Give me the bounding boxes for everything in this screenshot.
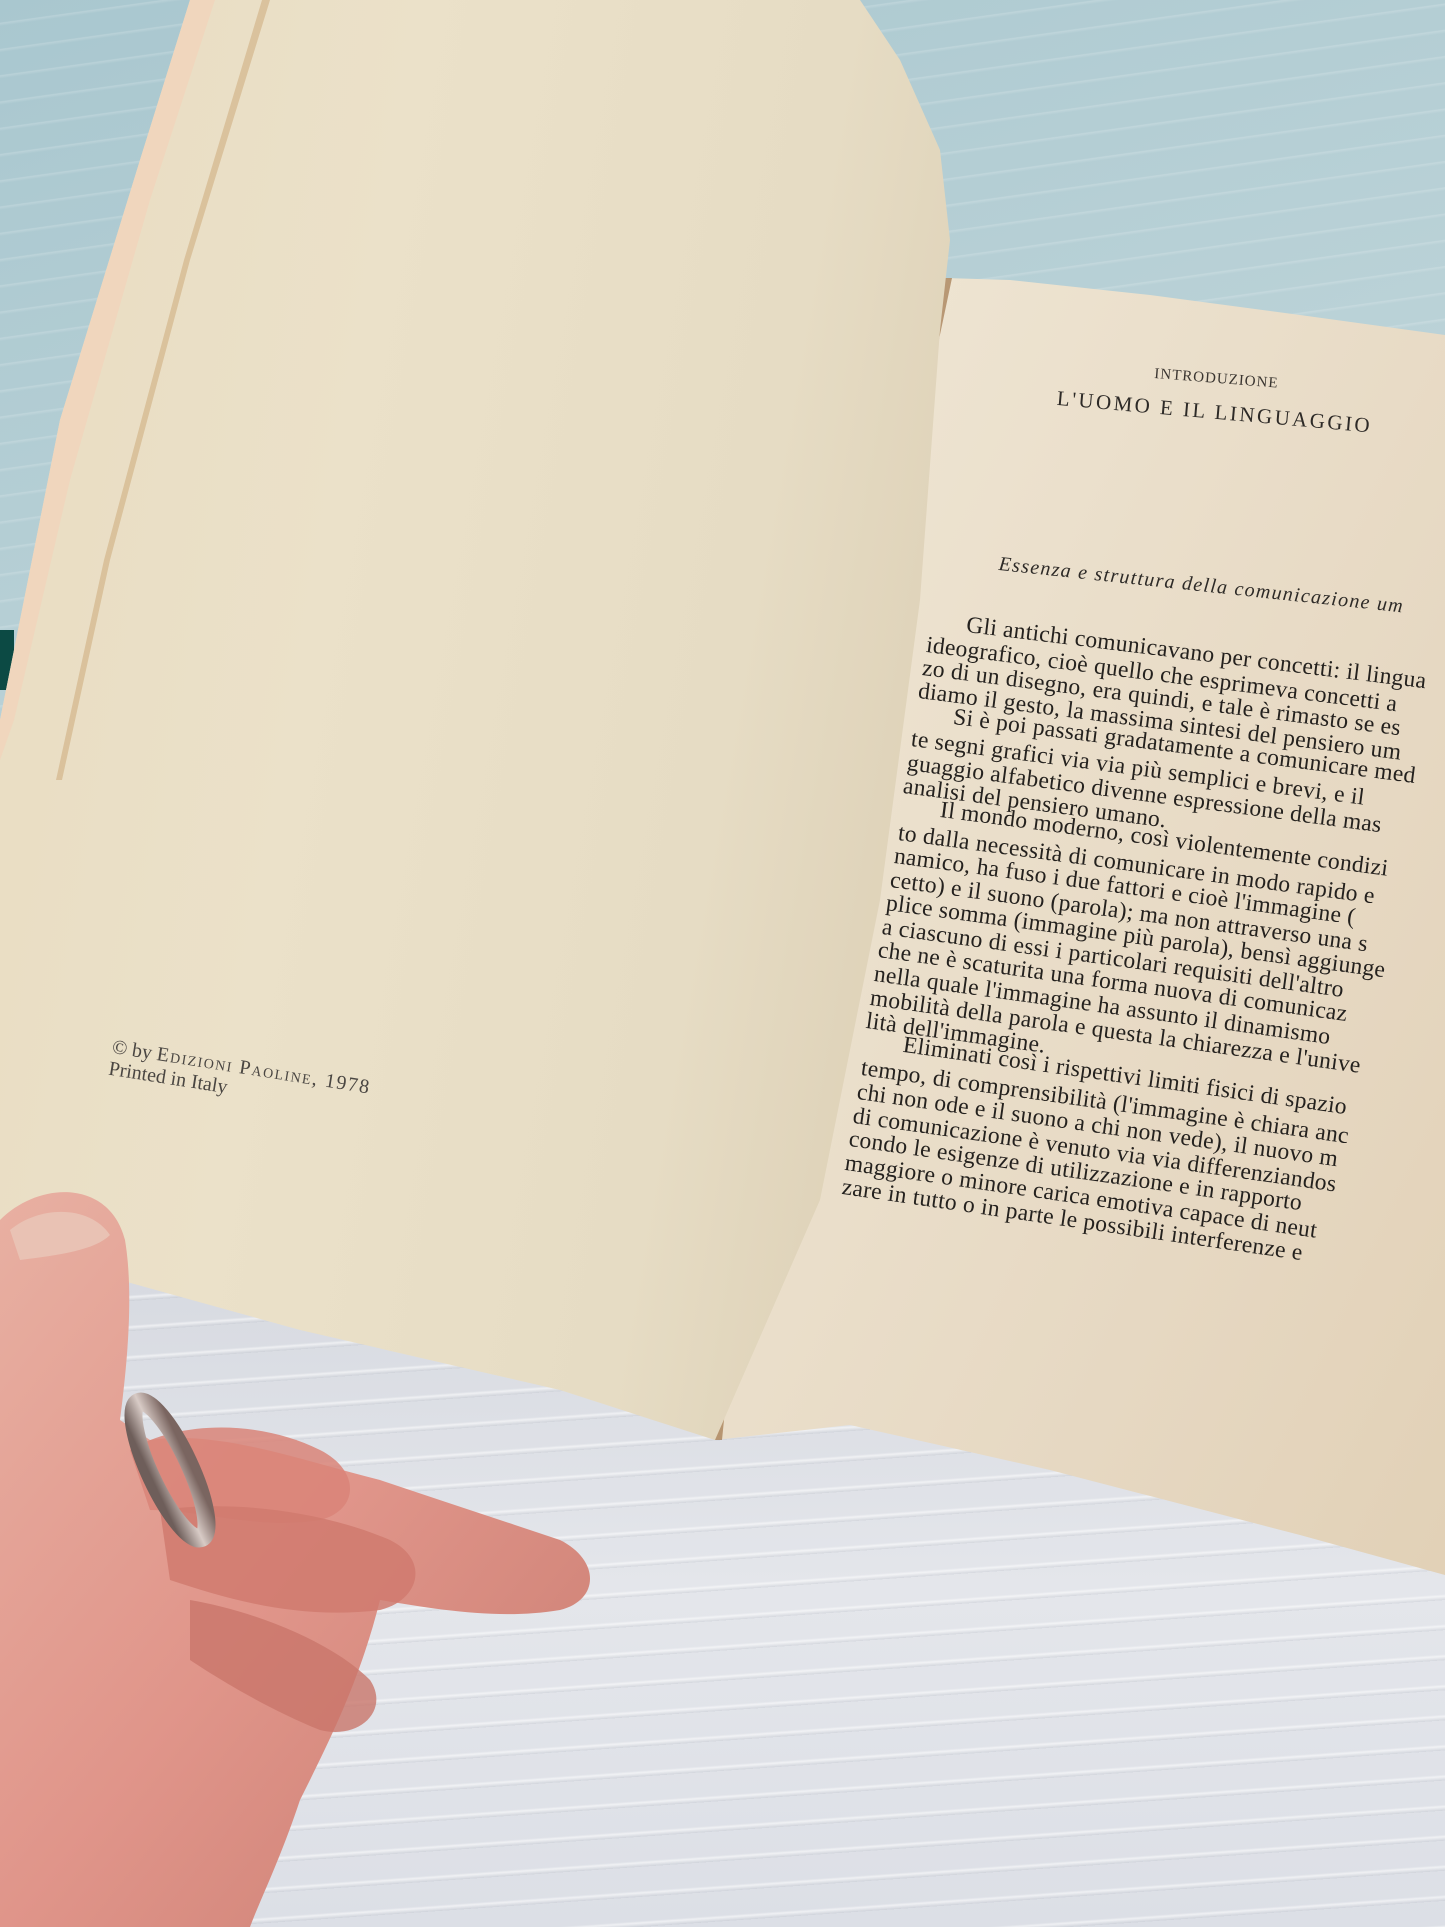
hand <box>0 1180 620 1927</box>
